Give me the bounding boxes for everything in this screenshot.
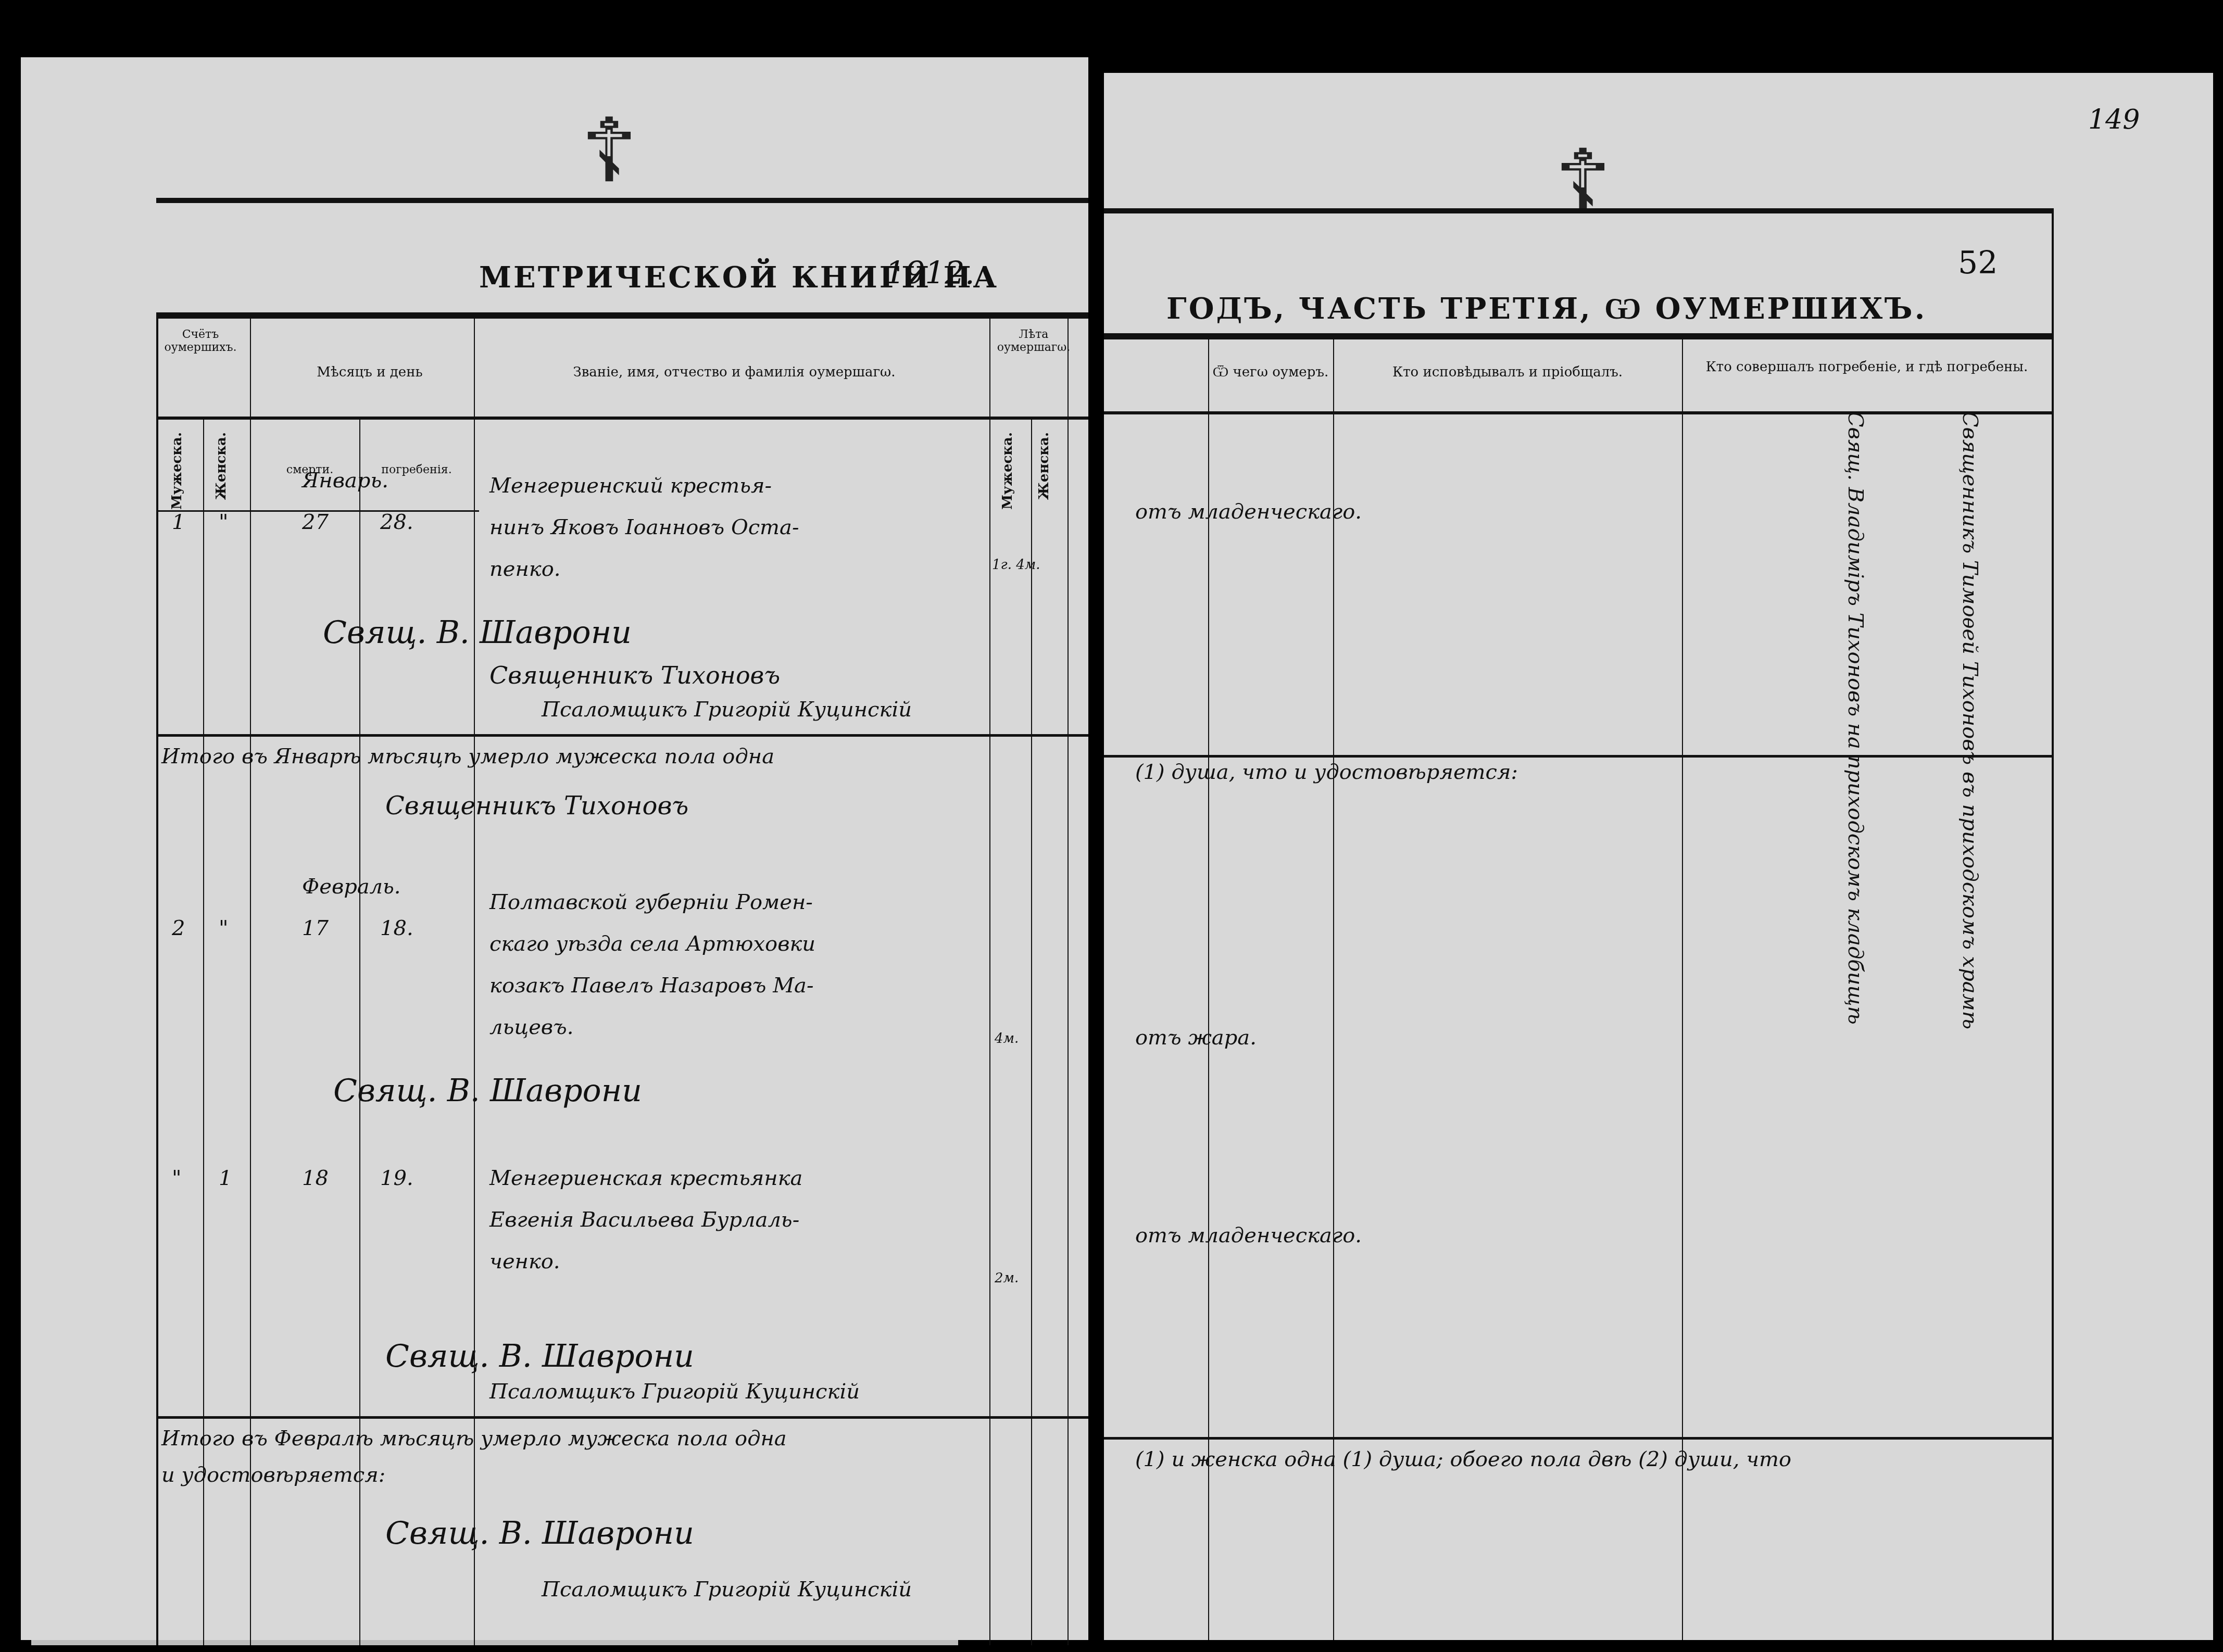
- entry-text: скаго уѣзда села Артюховки: [489, 932, 815, 956]
- column-line: [1682, 338, 1683, 1640]
- entry-burial: 18.: [380, 916, 413, 940]
- entry-text: пенко.: [489, 557, 560, 581]
- entry-age: 2м.: [995, 1270, 1019, 1286]
- signature-priest: Свящ. В. Шаврони: [333, 1073, 642, 1109]
- page-title: ГОДЪ, ЧАСТЬ ТРЕТІЯ, Ѡ ОУМЕРШИХЪ.: [1166, 292, 1927, 326]
- column-line: [156, 312, 158, 1645]
- entry-month: Январь.: [302, 469, 388, 493]
- header-confessed: Кто исповѣдывалъ и пріобщалъ.: [1333, 364, 1682, 380]
- header-buried: Кто совершалъ погребеніе, и гдѣ погребен…: [1682, 359, 2052, 375]
- entry-death: 17: [302, 916, 329, 940]
- signature-priest: Свящ. В. Шаврони: [323, 614, 632, 651]
- header-count: Счётъ оумершихъ.: [161, 328, 240, 354]
- divider: [1104, 411, 2052, 414]
- header-count-male: Мужеска.: [169, 432, 185, 510]
- signature-psalmist: Псаломщикъ Григорій Куцинскій: [542, 698, 912, 722]
- entry-male: 2: [172, 916, 185, 940]
- column-line: [1208, 338, 1209, 1640]
- column-line: [1031, 417, 1032, 1645]
- page-number: 52: [1958, 245, 1998, 281]
- entry-male: 1: [172, 510, 185, 534]
- divider: [1104, 1437, 2052, 1440]
- right-page: ☦ 149 ГОДЪ, ЧАСТЬ ТРЕТІЯ, Ѡ ОУМЕРШИХЪ. 5…: [1104, 73, 2213, 1640]
- imperial-eagle-icon: ☦: [1521, 120, 1646, 245]
- total-certify: и удостовѣряется:: [161, 1463, 385, 1487]
- header-age: Лѣта оумершагω.: [995, 328, 1073, 354]
- entry-month: Февраль.: [302, 875, 401, 899]
- divider: [156, 312, 1088, 319]
- cause-text: отъ жара.: [1135, 1026, 1257, 1050]
- total-january: Итого въ Январѣ мѣсяцѣ умерло мужеска по…: [161, 745, 774, 768]
- divider: [156, 198, 1088, 203]
- entry-male: ": [172, 1166, 181, 1190]
- column-line: [1333, 338, 1334, 1640]
- divider: [1104, 208, 2052, 213]
- signature-psalmist: Псаломщикъ Григорій Куцинскій: [542, 1578, 912, 1601]
- entry-text: нинъ Яковъ Іоанновъ Оста-: [489, 515, 799, 539]
- entry-text: Менгериенский крестья-: [489, 474, 772, 498]
- total-february: Итого въ Февралѣ мѣсяцѣ умерло мужеска п…: [161, 1427, 787, 1451]
- divider: [156, 1416, 1088, 1419]
- left-page: ☦ МЕТРИЧЕСКОЙ КНИГИ НА 1912. Счётъ оумер…: [21, 57, 1088, 1640]
- entry-female: ": [219, 510, 228, 534]
- header-month-day: Мѣсяцъ и день: [271, 364, 469, 380]
- entry-age: 1г. 4м.: [992, 557, 1040, 573]
- column-line: [1067, 312, 1069, 1645]
- header-count-female: Женска.: [213, 432, 229, 500]
- signature-deacon: Священникъ Тихоновъ: [489, 661, 780, 689]
- column-line: [359, 417, 360, 1645]
- entry-death: 27: [302, 510, 329, 534]
- entry-text: Менгериенская крестьянка: [489, 1166, 802, 1190]
- divider: [156, 734, 1088, 737]
- signature-priest: Свящ. В. Шаврони: [385, 1338, 694, 1374]
- cause-text: отъ младенческаго.: [1135, 1224, 1362, 1247]
- header-age-male: Мужеска.: [1000, 432, 1015, 510]
- total-february-right: (1) и женска одна (1) душа; обоего пола …: [1135, 1447, 1791, 1471]
- entry-death: 18: [302, 1166, 329, 1190]
- total-january-right: (1) душа, что и удостовѣряется:: [1135, 760, 1518, 784]
- entry-text: ченко.: [489, 1250, 560, 1273]
- entry-burial: 28.: [380, 510, 413, 534]
- header-age-female: Женска.: [1036, 432, 1052, 500]
- signature-deacon: Священникъ Тихоновъ: [385, 791, 688, 821]
- column-line: [203, 417, 204, 1645]
- column-line: [2052, 208, 2054, 1640]
- entry-burial: 19.: [380, 1166, 413, 1190]
- divider: [156, 417, 1088, 420]
- signature-priest: Свящ. В. Шаврони: [385, 1515, 694, 1552]
- signature-psalmist: Псаломщикъ Григорій Куцинскій: [489, 1380, 860, 1404]
- entry-text: Полтавской губерніи Ромен-: [489, 890, 813, 914]
- folio-number: 149: [2088, 104, 2140, 135]
- entry-female: ": [219, 916, 228, 940]
- year: 1912.: [885, 255, 975, 292]
- column-line: [989, 312, 990, 1645]
- burial-note-vertical: Свящ. Владиміръ Тихоновъ на приходскомъ …: [1843, 411, 1867, 1025]
- divider: [1104, 755, 2052, 758]
- header-name: Званіе, имя, отчество и фамилія оумершаг…: [479, 364, 989, 380]
- entry-female: 1: [219, 1166, 232, 1190]
- entry-text: козакъ Павелъ Назаровъ Ма-: [489, 974, 813, 998]
- entry-text: льцевъ.: [489, 1015, 573, 1039]
- header-cause: Ѿ чегω оумеръ.: [1208, 364, 1333, 380]
- divider: [1104, 333, 2052, 339]
- cause-text: отъ младенческаго.: [1135, 500, 1362, 524]
- burial-note-vertical: Священникъ Тимоѳей Тихоновъ въ приходско…: [1958, 411, 1982, 1029]
- imperial-eagle-icon: ☦: [547, 89, 672, 213]
- entry-text: Евгенія Васильева Бурлаль-: [489, 1208, 799, 1232]
- entry-age: 4м.: [995, 1031, 1019, 1046]
